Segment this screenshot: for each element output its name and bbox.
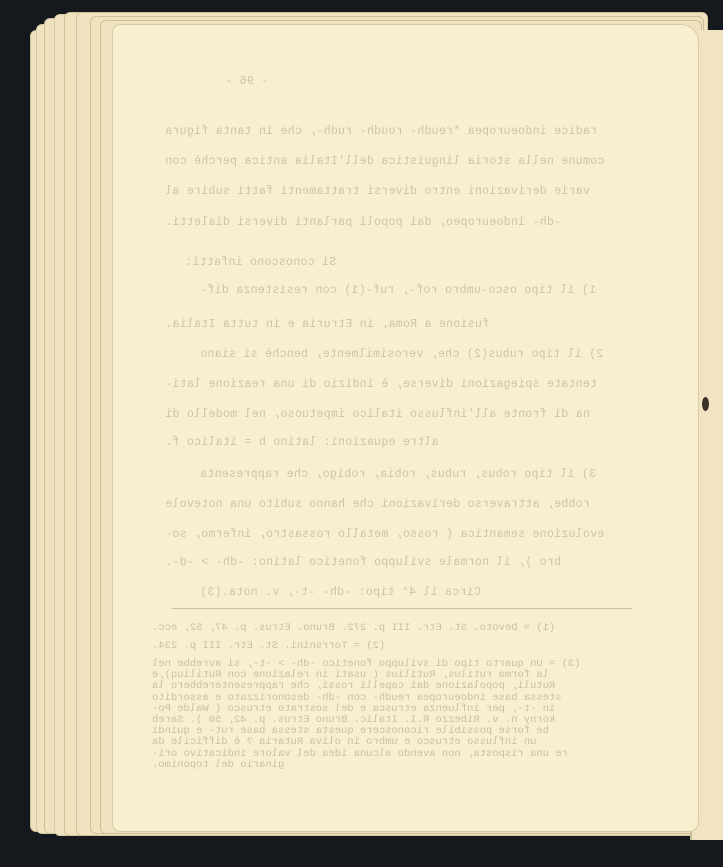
- body-line: evoluzione semantica ( rosso, metallo ro…: [165, 528, 604, 541]
- body-line: 3) il tipo robus, rubus, robia, robigo, …: [200, 468, 596, 481]
- body-line: robbe, attraverso derivazioni che hanno …: [165, 498, 590, 511]
- footnote-line: korny n. v. Ribezzo R.I. Italic. Bruno E…: [152, 714, 555, 726]
- footnote-line: re una risposta, non avendo alcuna idea …: [152, 748, 568, 760]
- page-number: - 96 -: [225, 75, 268, 88]
- footnote-line: be forse possibile riconoscere questa st…: [152, 725, 549, 737]
- body-line: varie derivazioni entro diversi trattame…: [165, 185, 590, 198]
- footnote-rule: [172, 608, 632, 609]
- footnote-line: Rutuli, popolazione dai capelli rossi, c…: [152, 680, 555, 692]
- body-line: radice indoeuropea *reudh- roudh- rudh-,…: [165, 125, 597, 138]
- body-line: 1) il tipo osco-umbro rof-, ruf-(1) con …: [200, 284, 596, 297]
- body-line: tentate spiegazioni diverse, è indizio d…: [165, 378, 597, 391]
- body-line: bro ), il normale sviluppo fonetico lati…: [165, 556, 561, 569]
- footnote-line: (3) = Un quarto tipo di sviluppo fonetic…: [152, 658, 580, 670]
- footnote-line: stessa base indoeuropea reudh- con -dh- …: [152, 692, 562, 704]
- body-line: comune nella storia linguistica dell'Ita…: [165, 155, 604, 168]
- page-tear: [702, 397, 709, 411]
- footnote-line: in -t-, per influenza etrusca e del sost…: [152, 703, 555, 715]
- body-line: altre equazioni: latino b = italico f.: [165, 436, 439, 449]
- footnote-line: (1) = Devoto. St. Etr. III p. 272. Bruno…: [152, 622, 555, 634]
- body-line: 2) il tipo rubus(2) che, verosimilmente,…: [200, 348, 603, 361]
- body-line: fusione a Roma, in Etruria e in tutta It…: [165, 318, 489, 331]
- footnote-line: (2) = Torrsnini. St. Etr. III p. 234.: [152, 640, 385, 652]
- footnote-line: la forma rutilus, Rutilius ( usati in re…: [152, 669, 549, 681]
- footnote-line: ginario del toponimo.: [152, 759, 284, 771]
- body-line: -dh- indoeuropeo, dai popoli parlanti di…: [165, 216, 561, 229]
- body-line: Circa il 4° tipo: -dh- -t-, v. nota.(3): [200, 586, 481, 599]
- body-line: na di fronte all'influsso italico impetu…: [165, 408, 590, 421]
- body-line: Si conoscono infatti:: [185, 256, 336, 269]
- footnote-line: un influsso etrusco e umbro in oliva Rut…: [152, 736, 536, 748]
